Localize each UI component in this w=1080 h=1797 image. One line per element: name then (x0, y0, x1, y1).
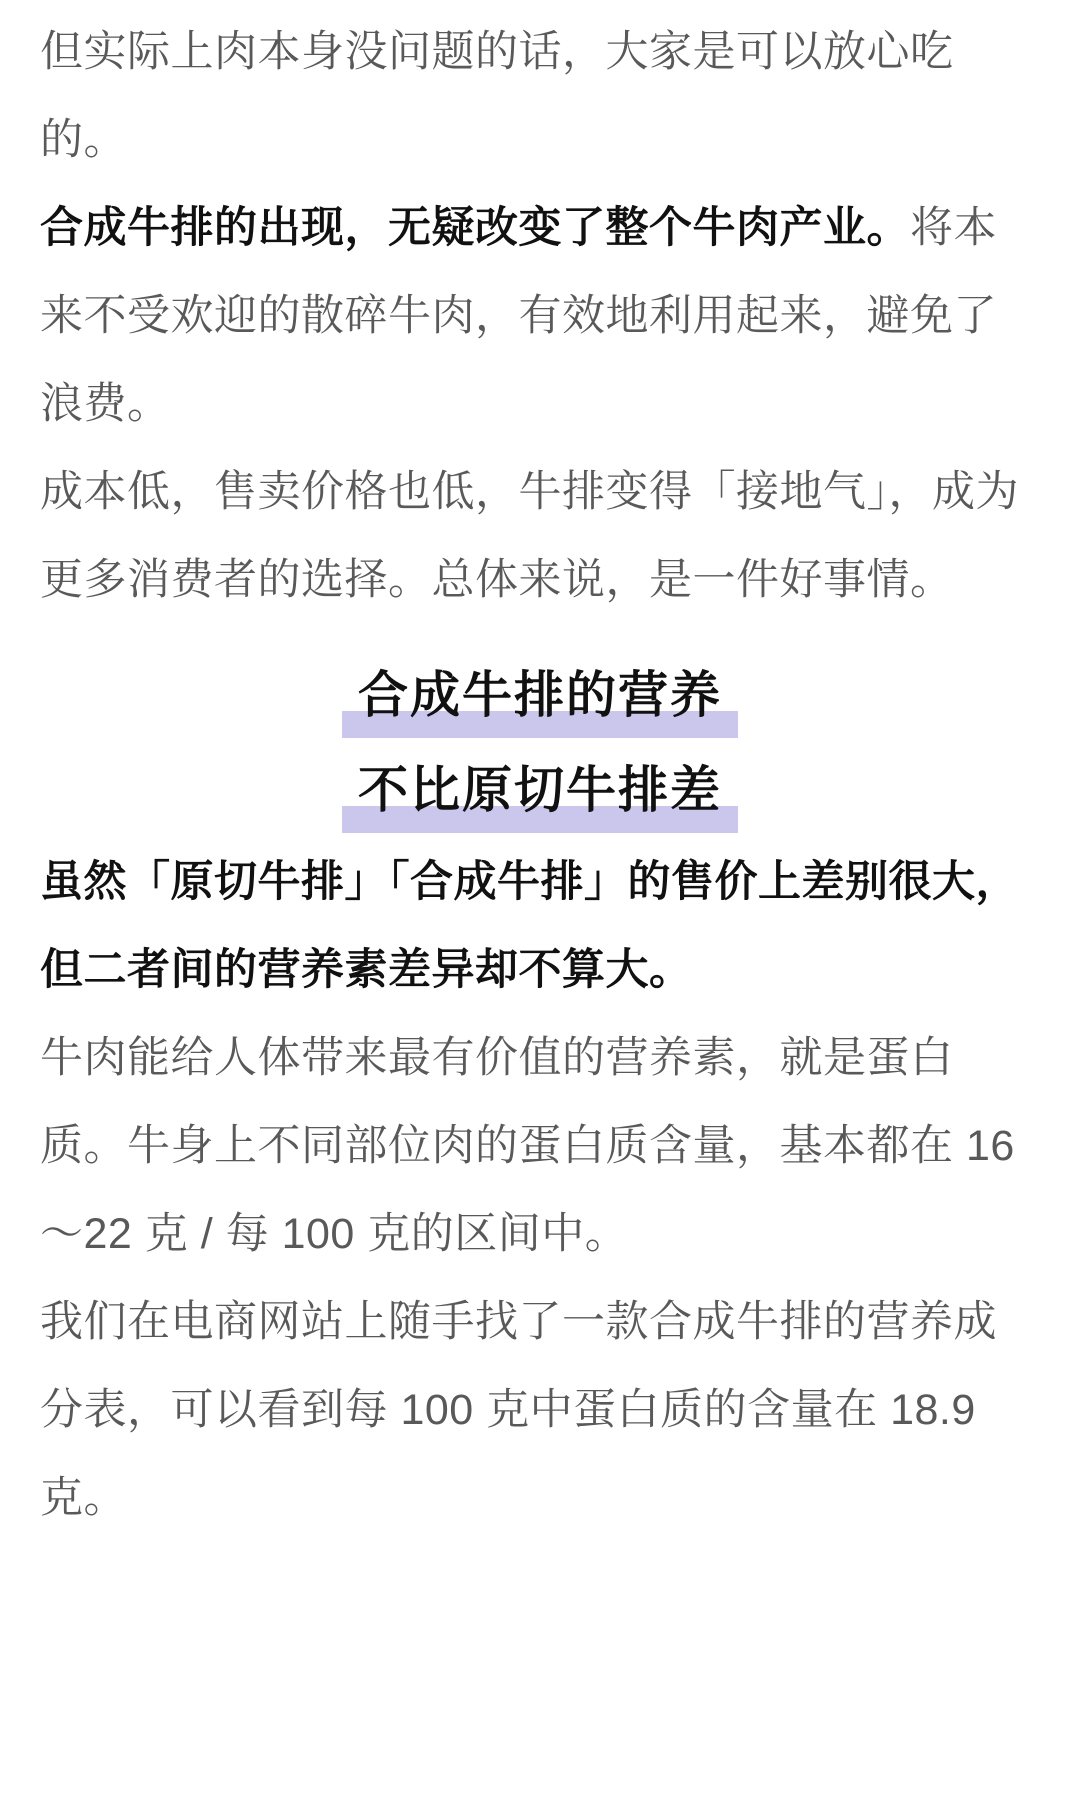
heading-line-2-highlighted-text: 不比原切牛排差 (356, 764, 724, 817)
paragraph-industry: 合成牛排的出现，无疑改变了整个牛肉产业。将本来不受欢迎的散碎牛肉，有效地利用起来… (40, 184, 1040, 448)
section-heading: 合成牛排的营养 不比原切牛排差 (40, 648, 1040, 838)
paragraph-price-vs-nutrition: 虽然「原切牛排」「合成牛排」的售价上差别很大，但二者间的营养素差异却不算大。 (40, 838, 1040, 1014)
heading-line-2: 不比原切牛排差 (40, 743, 1040, 838)
article-page: 但实际上肉本身没问题的话，大家是可以放心吃的。 合成牛排的出现，无疑改变了整个牛… (0, 0, 1080, 1797)
heading-line-1: 合成牛排的营养 (40, 648, 1040, 743)
paragraph-reassurance: 但实际上肉本身没问题的话，大家是可以放心吃的。 (40, 8, 1040, 184)
paragraph-protein-content: 牛肉能给人体带来最有价值的营养素，就是蛋白质。牛身上不同部位肉的蛋白质含量，基本… (40, 1014, 1040, 1278)
paragraph-nutrition-label-example: 我们在电商网站上随手找了一款合成牛排的营养成分表，可以看到每 100 克中蛋白质… (40, 1278, 1040, 1542)
heading-line-1-highlighted-text: 合成牛排的营养 (356, 669, 724, 722)
paragraph-cost: 成本低，售卖价格也低，牛排变得「接地气」，成为更多消费者的选择。总体来说，是一件… (40, 448, 1040, 624)
paragraph-industry-bold-lead: 合成牛排的出现，无疑改变了整个牛肉产业。 (40, 204, 910, 252)
